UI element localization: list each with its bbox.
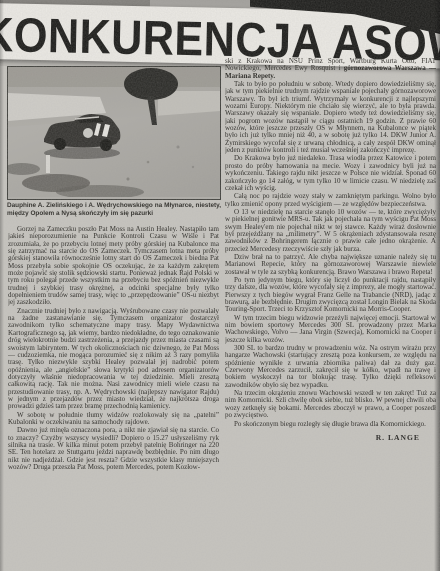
article-photo [7, 66, 221, 200]
photo-hillside [8, 67, 220, 87]
rally-photo-illustration [8, 67, 220, 197]
paragraph: Dawno już minęła oznaczona pora, a nikt … [8, 427, 219, 471]
article-column-left: Gorzej na Zameczku poszło Pat Moss na Au… [8, 226, 219, 569]
photo-caption: Dauphine A. Zielińskiego i A. Wędrychows… [7, 202, 221, 218]
paragraph-continuation: ski z Krakowa na NSU Prinz Sport, Wartbu… [225, 58, 436, 80]
article-column-right: ski z Krakowa na NSU Prinz Sport, Wartbu… [225, 58, 436, 570]
page-gutter-left [0, 0, 4, 571]
page-gutter-right [434, 0, 440, 571]
paragraph: Do Krakowa było już niedaleko. Trasa wio… [225, 155, 436, 192]
paragraph: W tym trzecim biegu widzowie przeżyli na… [225, 315, 436, 344]
paragraph: Całą noc po rajdzie wozy stały w zamknię… [225, 193, 436, 208]
paragraph: Dziw brał na to patrzyć. Ale chyba najwi… [225, 254, 436, 276]
paragraph: Po tym jedynym biegu, który się liczył d… [225, 277, 436, 314]
paragraph: Znacznie trudniej było z nawigacją. Wyśr… [8, 308, 219, 411]
author-signature: R. LANGE [225, 433, 436, 442]
paragraph: W sobotę w południe tłumy widzów rozloko… [8, 412, 219, 427]
masthead-background: KONKURENCJA ASÓW [0, 0, 440, 66]
paragraph: Po skończonym biegu rozległy się długie … [225, 421, 436, 428]
paragraph: Na trzecim okrążeniu znowu Wachowski wsz… [225, 390, 436, 419]
paragraph: 300 SL to bardzo trudny w prowadzeniu wó… [225, 345, 436, 389]
newspaper-page: KONKURENCJA ASÓW [0, 0, 440, 571]
paragraph: Tak to było po południu w sobotę. Wtedy … [225, 81, 436, 154]
paragraph: O 13 w niedzielę na starcie stanęło 10 w… [225, 209, 436, 253]
road-marker-pole [46, 155, 50, 173]
paragraph: Gorzej na Zameczku poszło Pat Moss na Au… [8, 226, 219, 307]
